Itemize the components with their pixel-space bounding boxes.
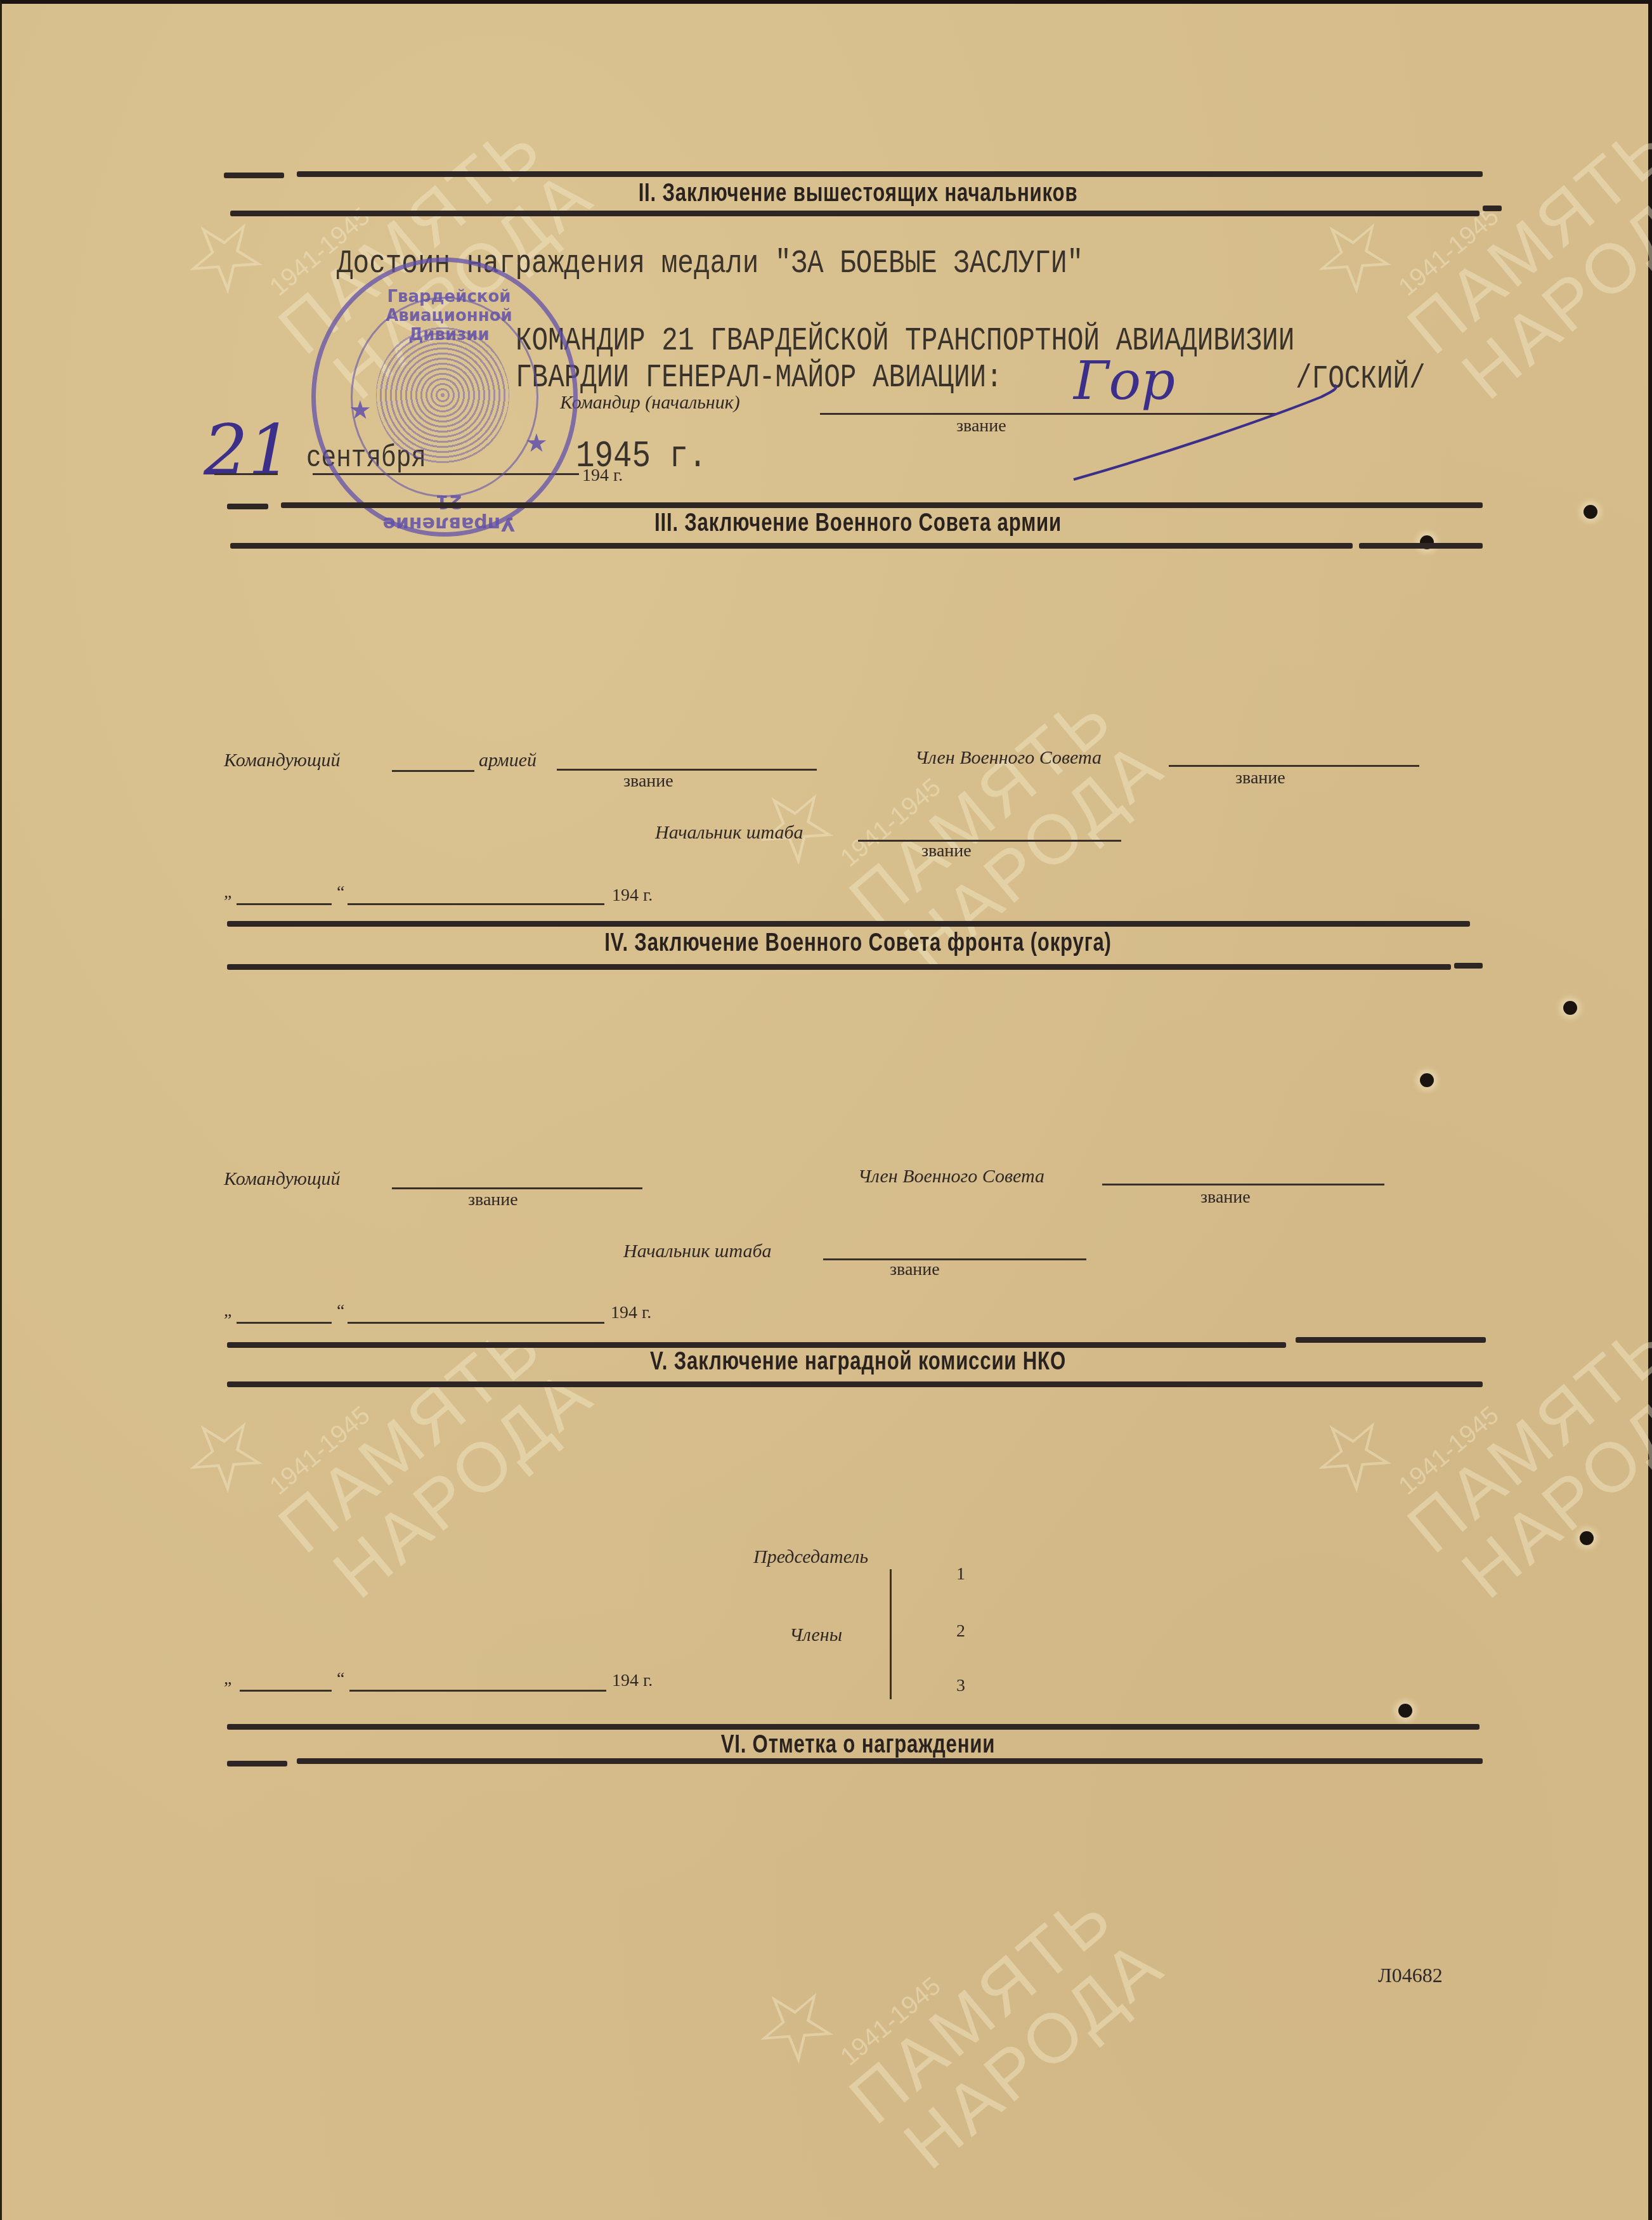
date-month-line [349, 1690, 606, 1692]
rank-label: звание [623, 771, 673, 792]
date-template: 194 г. [612, 885, 653, 906]
star-icon: ☆ [731, 1782, 1070, 2087]
commander-label: Командир (начальник) [560, 392, 740, 414]
date-template: 194 г. [612, 1671, 653, 1691]
divider [227, 1724, 1480, 1730]
divider [227, 964, 1451, 970]
rank-label: звание [921, 841, 972, 861]
punch-hole [1584, 505, 1597, 519]
army-number-line [392, 770, 474, 772]
punch-hole [1420, 1073, 1434, 1087]
watermark: ☆ 1941-1945 ПАМЯТЬ НАРОДА [160, 1211, 605, 1643]
section-heading: III. Заключение Военного Совета армии [368, 509, 1348, 537]
divider [230, 543, 1353, 549]
divider [297, 171, 1483, 177]
member-number: 2 [956, 1621, 965, 1642]
chairman-label: Председатель [753, 1546, 868, 1568]
date-day-line [237, 903, 332, 905]
members-bracket [890, 1569, 892, 1699]
army-commander-label: Командующий [224, 750, 341, 771]
divider [227, 504, 268, 509]
punch-hole [1563, 1001, 1577, 1015]
date-day-line [240, 1690, 332, 1692]
divider [227, 921, 1470, 927]
member-number: 3 [956, 1676, 965, 1696]
chief-of-staff-rank-line [858, 840, 1121, 842]
council-member-rank-line [1102, 1184, 1384, 1185]
council-member-label: Член Военного Совета [858, 1166, 1044, 1187]
divider [227, 1761, 287, 1766]
chief-of-staff-label: Начальник штаба [623, 1241, 772, 1262]
date-month-line [348, 1322, 604, 1324]
members-label: Члены [790, 1624, 842, 1646]
front-commander-label: Командующий [224, 1168, 341, 1190]
rank-label: звание [1200, 1187, 1251, 1208]
divider [230, 211, 1480, 216]
section-heading: IV. Заключение Военного Совета фронта (о… [368, 929, 1348, 957]
form-number: Л04682 [1378, 1964, 1443, 1987]
divider [297, 1758, 1483, 1764]
divider [1454, 963, 1483, 969]
watermark: ☆ 1941-1945 ПАМЯТЬ НАРОДА [731, 1782, 1176, 2214]
army-commander-rank-line [557, 769, 817, 771]
divider [224, 173, 284, 178]
punch-hole [1580, 1531, 1594, 1545]
date-template: 194 г. [611, 1303, 651, 1323]
star-icon: ☆ [1289, 12, 1628, 318]
date-day-line [214, 473, 278, 475]
star-icon: ★ [349, 395, 372, 425]
divider [1359, 543, 1483, 549]
date-month-line [348, 903, 604, 905]
member-number: 1 [956, 1564, 965, 1584]
signature-flourish [1067, 384, 1346, 486]
official-stamp: ★ ★ Гвардейской Авиационной Дивизии Упра… [311, 258, 578, 537]
divider [1296, 1337, 1486, 1343]
divider [1483, 206, 1502, 211]
rank-label: звание [1235, 768, 1285, 788]
punch-hole [1398, 1704, 1412, 1718]
commander-title-line1: КОМАНДИР 21 ГВАРДЕЙСКОЙ ТРАНСПОРТНОЙ АВИ… [516, 322, 1294, 360]
coat-of-arms-emblem [376, 325, 509, 465]
front-commander-rank-line [392, 1187, 642, 1189]
council-member-label: Член Военного Совета [915, 747, 1102, 769]
watermark: ☆ 1941-1945 ПАМЯТЬ НАРОДА [1289, 1211, 1652, 1643]
commander-title-line2: ГВАРДИИ ГЕНЕРАЛ-МАЙОР АВИАЦИИ: [516, 359, 1003, 396]
council-member-rank-line [1169, 765, 1419, 767]
rank-label: звание [890, 1260, 940, 1280]
section-heading: VI. Отметка о награждении [368, 1730, 1348, 1759]
section-heading: V. Заключение наградной комиссии НКО [368, 1347, 1348, 1376]
star-icon: ★ [525, 428, 548, 458]
divider [227, 1381, 1483, 1387]
section-heading: II. Заключение вышестоящих начальников [368, 179, 1348, 207]
date-day-line [237, 1322, 332, 1324]
chief-of-staff-label: Начальник штаба [655, 822, 803, 844]
date-day: 21 [204, 410, 292, 491]
divider [281, 502, 1483, 508]
chief-of-staff-rank-line [823, 1258, 1086, 1260]
date-template-year: 194 г. [582, 466, 623, 486]
rank-label: звание [956, 416, 1006, 436]
document-page: ☆ 1941-1945 ПАМЯТЬ НАРОДА ☆ 1941-1945 ПА… [0, 0, 1652, 2220]
rank-label: звание [468, 1190, 518, 1210]
army-label: армией [479, 750, 537, 771]
